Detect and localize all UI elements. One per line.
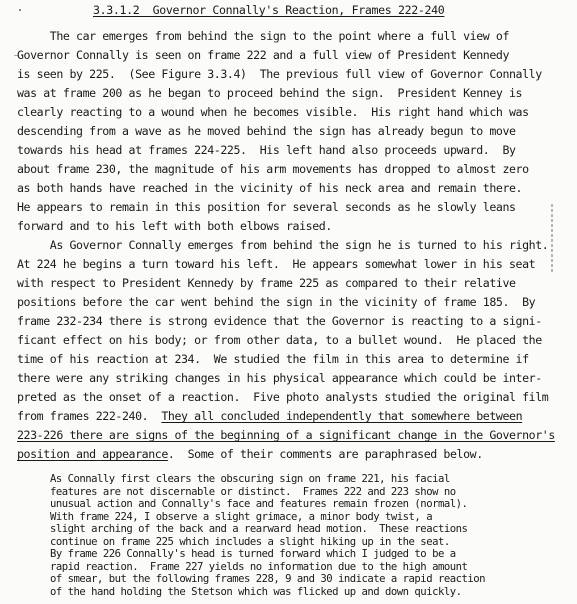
underlined-text: They all concluded independently that so… <box>161 409 522 423</box>
body-line-underlined: from frames 222-240. They all concluded … <box>17 409 522 423</box>
body-text: from frames 222-240. <box>17 409 161 423</box>
body-line: clearly reacting to a wound when he beco… <box>17 105 529 119</box>
body-line: He appears to remain in this position fo… <box>17 200 516 214</box>
underlined-text: 223-226 there are signs of the beginning… <box>17 428 555 442</box>
body-line: time of his reaction at 234. We studied … <box>17 352 529 366</box>
body-line: positions before the car went behind the… <box>17 295 535 309</box>
body-line: as both hands have reached in the vicini… <box>17 181 522 195</box>
quote-line: As Connally first clears the obscuring s… <box>50 473 450 485</box>
quote-line: features are not discernable or distinct… <box>50 486 456 498</box>
body-line: descending from a wave as he moved behin… <box>17 124 516 138</box>
body-line: was at frame 200 as he began to proceed … <box>17 86 522 100</box>
quote-line: of smear, but the following frames 228, … <box>50 573 485 585</box>
body-line-underlined: 223-226 there are signs of the beginning… <box>17 428 555 442</box>
quote-line: rapid reaction. Frame 227 yields no info… <box>50 561 467 573</box>
body-line: with respect to President Kennedy by fra… <box>17 276 516 290</box>
quote-line: continue on frame 225 which includes a s… <box>50 536 450 548</box>
body-line: towards his head at frames 224-225. His … <box>17 143 516 157</box>
quote-line: By frame 226 Connally's head is turned f… <box>50 548 456 560</box>
body-line: At 224 he begins a turn toward his left.… <box>17 257 535 271</box>
body-line-underlined: position and appearance. Some of their c… <box>17 447 483 461</box>
quote-line: With frame 224, I observe a slight grima… <box>50 511 432 523</box>
body-line: frame 232-234 there is strong evidence t… <box>17 314 542 328</box>
body-line: The car emerges from behind the sign to … <box>17 29 509 43</box>
section-heading: 3.3.1.2 Governor Connally's Reaction, Fr… <box>93 3 444 17</box>
quote-line: slight arching of the back and a rearwar… <box>50 523 467 535</box>
body-line: preted as the onset of a reaction. Five … <box>17 390 548 404</box>
margin-scan-mark <box>551 204 553 274</box>
body-line: is seen by 225. (See Figure 3.3.4) The p… <box>17 67 542 81</box>
document-page: 3.3.1.2 Governor Connally's Reaction, Fr… <box>0 0 577 604</box>
body-line: Governor Connally is seen on frame 222 a… <box>17 48 509 62</box>
body-line: there were any striking changes in his p… <box>17 371 542 385</box>
body-line: ficant effect on his body; or from other… <box>17 333 542 347</box>
body-text: . Some of their comments are paraphrased… <box>168 447 483 461</box>
body-line: As Governor Connally emerges from behind… <box>17 238 548 252</box>
quote-line: unusual action and Connally's face and f… <box>50 498 467 510</box>
margin-dot <box>19 9 21 11</box>
body-line: forward and to his left with both elbows… <box>17 219 332 233</box>
underlined-text: position and appearance <box>17 447 168 461</box>
body-line: about frame 230, the magnitude of his ar… <box>17 162 529 176</box>
quote-line: of the hand holding the Stetson which wa… <box>50 586 461 598</box>
